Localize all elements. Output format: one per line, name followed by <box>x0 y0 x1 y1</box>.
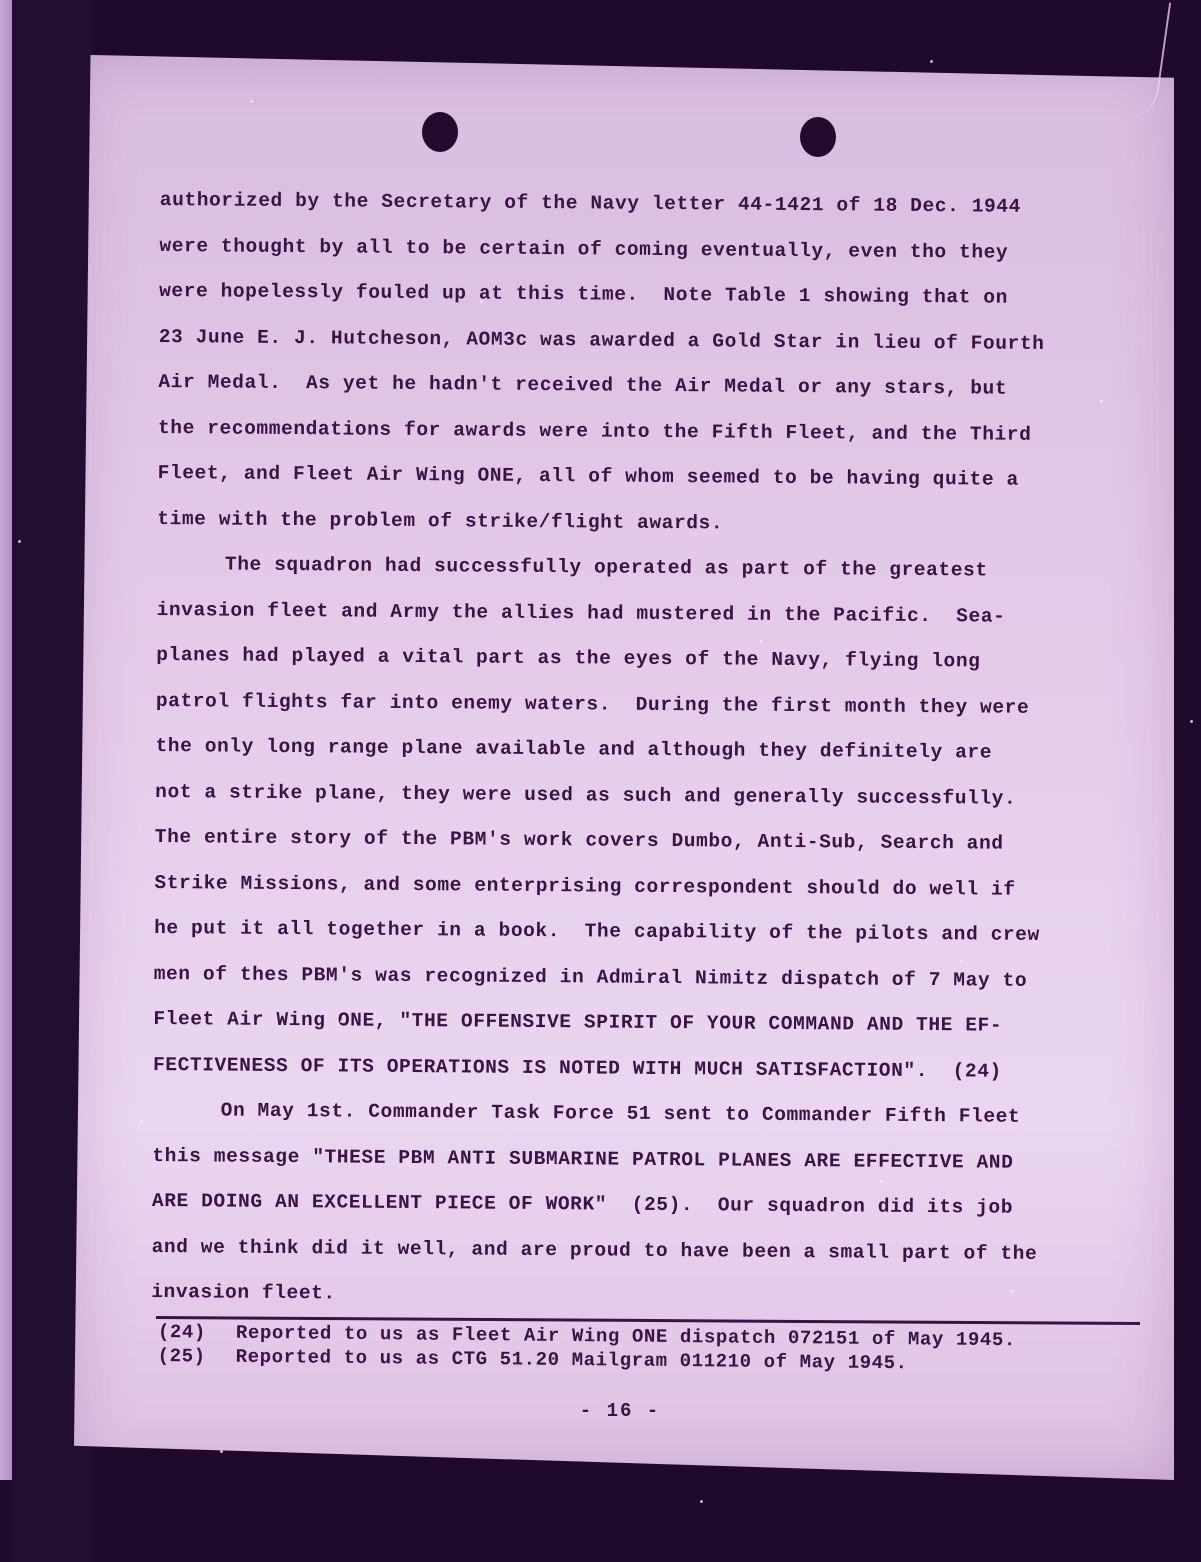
text-line: were hopelessly fouled up at this time. … <box>159 269 1149 322</box>
dust-speck <box>1190 720 1193 723</box>
text-line: Fleet, and Fleet Air Wing ONE, all of wh… <box>157 451 1147 504</box>
dust-speck <box>250 100 253 103</box>
text-line: Strike Missions, and some enterprising c… <box>154 860 1144 913</box>
paragraph: authorized by the Secretary of the Navy … <box>157 178 1150 550</box>
dust-speck <box>600 880 603 883</box>
text-line: time with the problem of strike/flight a… <box>157 496 1147 549</box>
punch-hole-icon <box>422 112 458 152</box>
dust-speck <box>220 1450 223 1453</box>
text-line: Air Medal. As yet he hadn't received the… <box>158 360 1148 413</box>
text-line: men of thes PBM's was recognized in Admi… <box>154 951 1144 1004</box>
dust-speck <box>880 1180 883 1183</box>
dust-speck <box>340 1020 343 1023</box>
document-body: authorized by the Secretary of the Navy … <box>151 178 1150 1323</box>
text-line: the recommendations for awards were into… <box>158 405 1148 458</box>
dust-speck <box>18 540 21 543</box>
dust-speck <box>760 640 763 643</box>
text-line: this message "THESE PBM ANTI SUBMARINE P… <box>152 1133 1142 1186</box>
paragraph: The squadron had successfully operated a… <box>153 542 1147 1096</box>
text-line: ARE DOING AN EXCELLENT PIECE OF WORK" (2… <box>152 1179 1142 1232</box>
dust-speck <box>1010 1290 1013 1293</box>
footnotes: (24) Reported to us as Fleet Air Wing ON… <box>158 1320 1148 1378</box>
text-line: the only long range plane available and … <box>155 724 1145 777</box>
film-edge <box>0 0 12 1480</box>
text-line: were thought by all to be certain of com… <box>159 223 1149 276</box>
text-line: invasion fleet and Army the allies had m… <box>156 587 1146 640</box>
footnote-number: (25) <box>158 1344 236 1369</box>
text-line: FECTIVENESS OF ITS OPERATIONS IS NOTED W… <box>153 1042 1143 1095</box>
paragraph: On May 1st. Commander Task Force 51 sent… <box>151 1088 1143 1323</box>
text-line: invasion fleet. <box>151 1270 1141 1323</box>
dust-speck <box>930 60 933 63</box>
text-line: he put it all together in a book. The ca… <box>154 906 1144 959</box>
text-line: planes had played a vital part as the ey… <box>156 633 1146 686</box>
text-line: 23 June E. J. Hutcheson, AOM3c was award… <box>159 314 1149 367</box>
text-line: The entire story of the PBM's work cover… <box>155 815 1145 868</box>
footnote-number: (24) <box>158 1320 236 1345</box>
text-line: On May 1st. Commander Task Force 51 sent… <box>152 1088 1142 1141</box>
dust-speck <box>700 1500 703 1503</box>
text-line: The squadron had successfully operated a… <box>157 542 1147 595</box>
dust-speck <box>480 300 483 303</box>
dust-speck <box>1100 400 1103 403</box>
text-line: Fleet Air Wing ONE, "THE OFFENSIVE SPIRI… <box>153 997 1143 1050</box>
dust-speck <box>140 1120 143 1123</box>
text-line: not a strike plane, they were used as su… <box>155 769 1145 822</box>
text-line: authorized by the Secretary of the Navy … <box>160 178 1150 231</box>
text-line: and we think did it well, and are proud … <box>151 1224 1141 1277</box>
text-line: patrol flights far into enemy waters. Du… <box>156 678 1146 731</box>
punch-hole-icon <box>800 117 836 157</box>
page-number: - 16 - <box>560 1400 680 1422</box>
dust-speck <box>960 960 963 963</box>
